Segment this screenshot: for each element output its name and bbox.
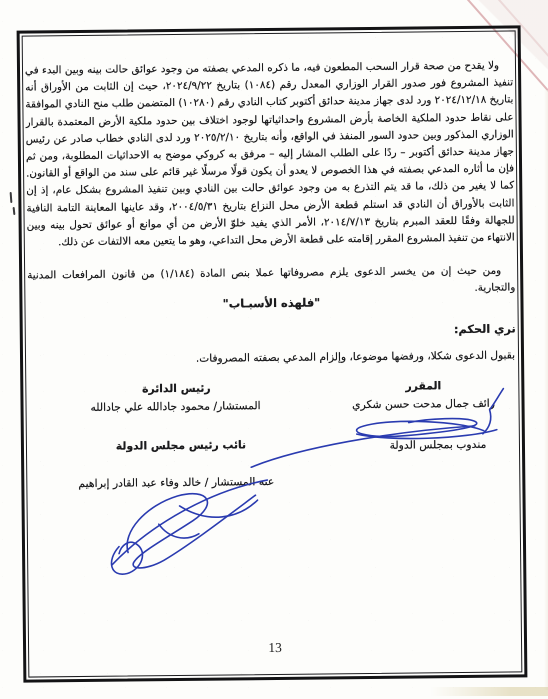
document-content-area: ولا يقدح من صحة قرار السحب المطعون فيه، … xyxy=(22,30,523,677)
page-edge-shadow xyxy=(430,687,548,696)
rapporteur-title: المقرر xyxy=(338,379,508,394)
scan-edge-artifact xyxy=(10,192,13,203)
president-name: المستشار/ محمود جادالله علي جادالله xyxy=(60,399,290,414)
page-edge-shadow xyxy=(544,90,548,690)
president-title: رئيس الدائرة xyxy=(86,381,266,396)
ruling-text: بقبول الدعوى شكلا، ورفضها موضوعا، وإلزام… xyxy=(196,349,515,364)
ruling-intro: نري الحكم: xyxy=(454,322,516,336)
signature-ink-deputy xyxy=(111,480,269,574)
deputy-signer-name: عنه المستشار / خالد وفاء عبد القادر إبرا… xyxy=(51,475,301,491)
rapporteur-role: مندوب بمجلس الدولة xyxy=(363,437,513,452)
rapporteur-name: رائف جمال مدحت حسن شكري xyxy=(330,396,516,411)
document-border-frame: ولا يقدح من صحة قرار السحب المطعون فيه، … xyxy=(17,25,528,682)
scan-edge-artifact xyxy=(13,207,16,215)
page-number: 13 xyxy=(29,637,521,658)
body-paragraph-main: ولا يقدح من صحة قرار السحب المطعون فيه، … xyxy=(25,57,515,268)
president-role: نائب رئيس مجلس الدولة xyxy=(91,438,271,453)
scanned-page: ولا يقدح من صحة قرار السحب المطعون فيه، … xyxy=(0,0,548,699)
